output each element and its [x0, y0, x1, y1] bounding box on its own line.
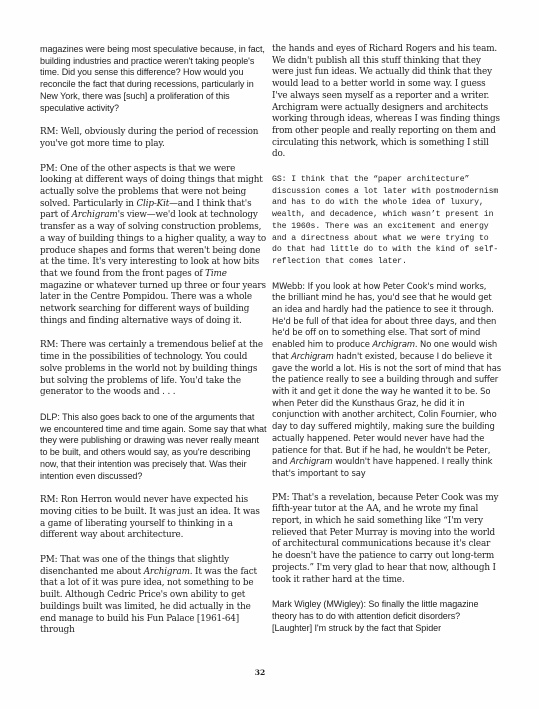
text-run: Mark Wigley (MWigley): So finally the li…	[272, 599, 478, 632]
text-run: 's view—we'd look at technology transfer…	[40, 210, 266, 279]
text-run: DLP: This also goes back to one of the a…	[40, 412, 266, 481]
text-run: Archigram	[372, 339, 415, 349]
right-column: the hands and eyes of Richard Rogers and…	[272, 44, 502, 647]
paragraph-question-continued: magazines were being most speculative be…	[40, 44, 267, 114]
paragraph-mwigley-question: Mark Wigley (MWigley): So finally the li…	[272, 599, 502, 634]
text-run: hadn't existed, because I do believe it …	[272, 351, 501, 466]
paragraph-rm: RM: Well, obviously during the period of…	[40, 127, 267, 150]
text-run: RM: Well, obviously during the period of…	[40, 127, 258, 149]
paragraph-rm: RM: Ron Herron would never have expected…	[40, 495, 267, 542]
text-run: Time	[205, 269, 227, 279]
text-run: Archigram	[291, 351, 334, 361]
text-run: Clip-Kit	[136, 199, 169, 209]
text-run: magazines were being most speculative be…	[40, 44, 265, 113]
page-number: 32	[233, 668, 287, 677]
text-run: GS: I think that the “paper architecture…	[272, 175, 498, 266]
paragraph-mwebb: MWebb: If you look at how Peter Cook's m…	[272, 281, 502, 480]
text-run: Archigram	[290, 456, 333, 466]
paragraph-dlp-question: DLP: This also goes back to one of the a…	[40, 412, 267, 482]
paragraph-gs: GS: I think that the “paper architecture…	[272, 174, 502, 268]
paragraph-pm-continued: the hands and eyes of Richard Rogers and…	[272, 44, 502, 161]
left-column: magazines were being most speculative be…	[40, 44, 267, 650]
text-run: Archigram	[144, 567, 190, 577]
text-run: the hands and eyes of Richard Rogers and…	[272, 44, 500, 159]
paragraph-pm: PM: That was one of the things that slig…	[40, 555, 267, 637]
paragraph-rm: RM: There was certainly a tremendous bel…	[40, 340, 267, 399]
text-run: magazine or whatever turned up three or …	[40, 281, 266, 326]
text-run: RM: There was certainly a tremendous bel…	[40, 340, 263, 397]
text-run: PM: That's a revelation, because Peter C…	[272, 493, 498, 585]
paragraph-pm: PM: One of the other aspects is that we …	[40, 164, 267, 328]
book-page: magazines were being most speculative be…	[0, 0, 539, 709]
text-run: RM: Ron Herron would never have expected…	[40, 495, 260, 540]
text-run: Archigram	[72, 210, 118, 220]
paragraph-pm: PM: That's a revelation, because Peter C…	[272, 493, 502, 587]
